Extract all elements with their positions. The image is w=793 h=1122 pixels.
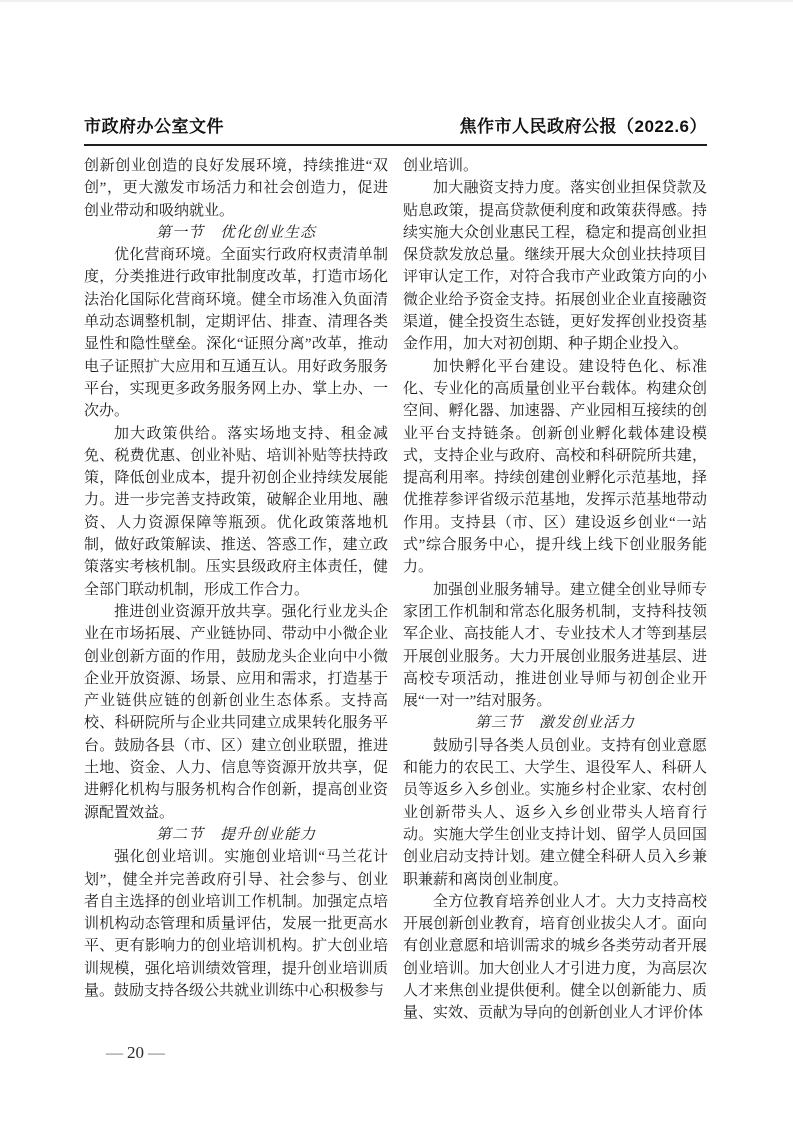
paragraph: 创新创业创造的良好发展环境，持续推进“双创”，更大激发市场活力和社会创造力，促进… [84,155,388,222]
header-left-title: 市政府办公室文件 [84,112,224,137]
paragraph: 强化创业培训。实施创业培训“马兰花计划”，健全并完善政府引导、社会参与、创业者自… [84,846,388,1002]
paragraph: 加强创业服务辅导。建立健全创业导师专家团工作机制和常态化服务机制，支持科技领军企… [403,579,707,713]
paragraph: 加快孵化平台建设。建设特色化、标准化、专业化的高质量创业平台载体。构建众创空间、… [403,356,707,579]
page-header: 市政府办公室文件 焦作市人民政府公报（2022.6） [84,112,707,146]
paragraph: 鼓励引导各类人员创业。支持有创业意愿和能力的农民工、大学生、退役军人、科研人员等… [403,735,707,891]
document-page: 市政府办公室文件 焦作市人民政府公报（2022.6） 创新创业创造的良好发展环境… [0,0,793,1122]
header-right-title: 焦作市人民政府公报（2022.6） [460,112,708,137]
footer-dash-left: — [102,1043,127,1062]
paragraph: 全方位教育培养创业人才。大力支持高校开展创新创业教育，培育创业拔尖人才。面向有创… [403,891,707,1025]
footer-dash-right: — [144,1043,169,1062]
section-heading: 第二节 提升创业能力 [84,824,388,846]
page-footer: —20— [102,1043,707,1063]
left-column: 创新创业创造的良好发展环境，持续推进“双创”，更大激发市场活力和社会创造力，促进… [84,155,388,1025]
paragraph: 推进创业资源开放共享。强化行业龙头企业在市场拓展、产业链协同、带动中小微企业创业… [84,601,388,824]
right-column: 创业培训。加大融资支持力度。落实创业担保贷款及贴息政策，提高贷款便利度和政策获得… [403,155,707,1025]
section-heading: 第三节 激发创业活力 [403,712,707,734]
section-heading: 第一节 优化创业生态 [84,222,388,244]
page-number: 20 [127,1043,144,1062]
document-body: 创新创业创造的良好发展环境，持续推进“双创”，更大激发市场活力和社会创造力，促进… [84,155,707,1025]
paragraph: 加大政策供给。落实场地支持、租金减免、税费优惠、创业补贴、培训补贴等扶持政策，降… [84,423,388,601]
paragraph: 优化营商环境。全面实行政府权责清单制度，分类推进行政审批制度改革，打造市场化法治… [84,244,388,422]
paragraph: 创业培训。 [403,155,707,177]
paragraph: 加大融资支持力度。落实创业担保贷款及贴息政策，提高贷款便利度和政策获得感。持续实… [403,177,707,355]
